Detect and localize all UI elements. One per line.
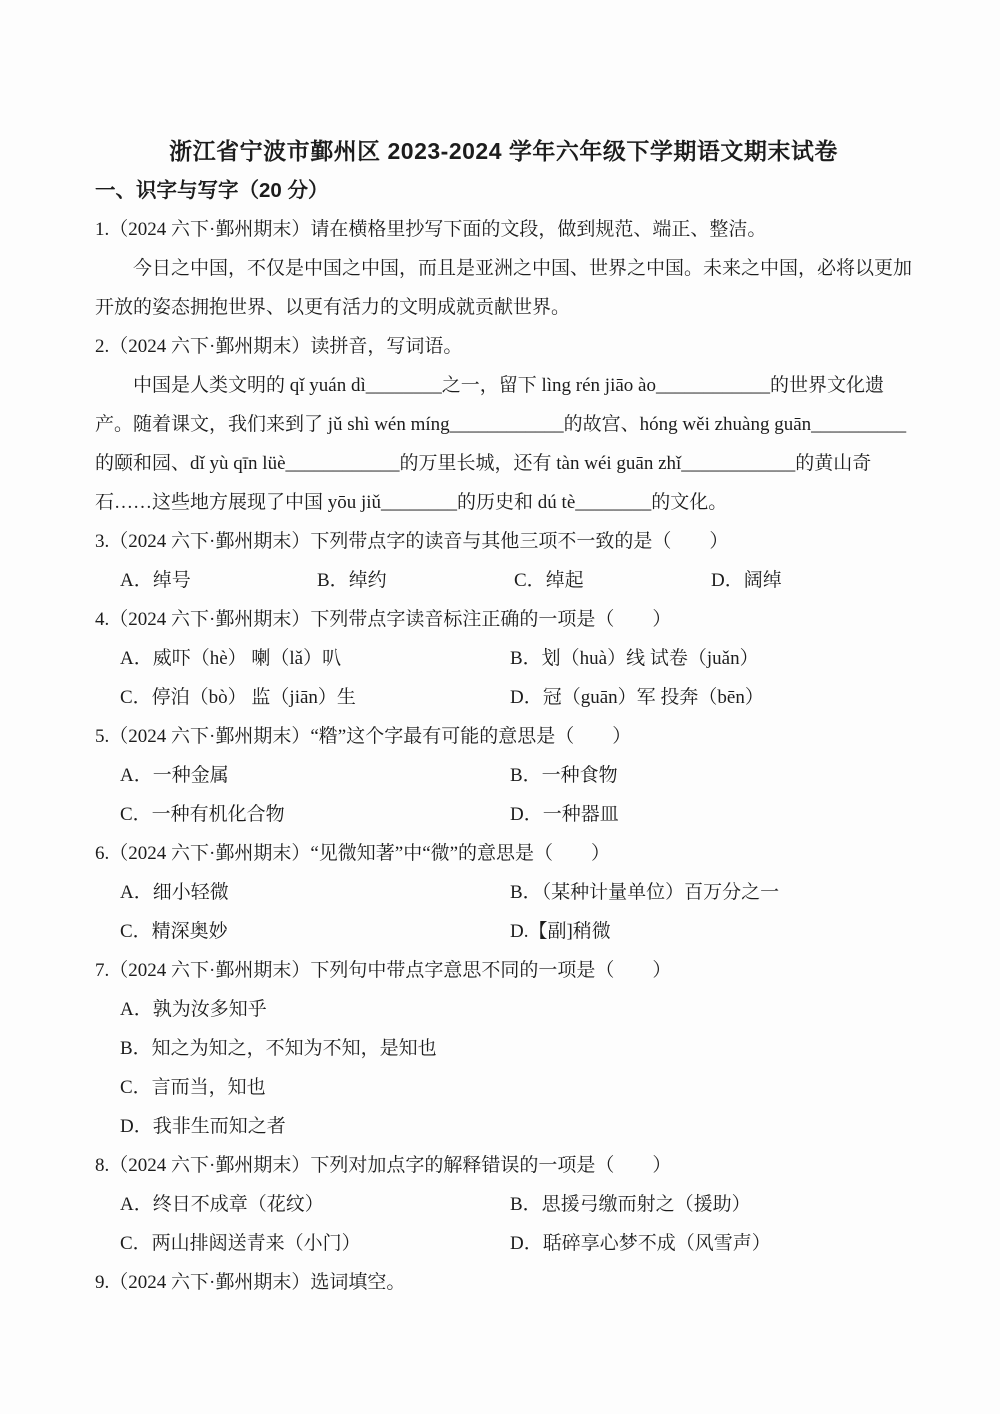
option-a: A．绰号 <box>120 561 317 600</box>
question-4-stem: 4.（2024 六下·鄞州期末）下列带点字读音标注正确的一项是（ ） <box>95 600 912 639</box>
question-3-stem: 3.（2024 六下·鄞州期末）下列带点字的读音与其他三项不一致的是（ ） <box>95 522 912 561</box>
option-c: C．言而当，知也 <box>95 1068 912 1107</box>
question-6-options-row-1: A．细小轻微 B．（某种计量单位）百万分之一 <box>95 873 912 912</box>
question-1: 1.（2024 六下·鄞州期末）请在横格里抄写下面的文段，做到规范、端正、整洁。… <box>95 210 912 327</box>
question-4-options-row-1: A．威吓（hè） 喇（lǎ）叭 B．划（huà）线 试卷（juǎn） <box>95 639 912 678</box>
option-b: B．（某种计量单位）百万分之一 <box>510 873 779 912</box>
option-c: C．绰起 <box>514 561 711 600</box>
question-2-passage-line-1: 中国是人类文明的 qǐ yuán dì________之一，留下 lìng ré… <box>95 366 912 405</box>
question-8-options-row-1: A．终日不成章（花纹） B．思援弓缴而射之（援助） <box>95 1185 912 1224</box>
question-6-options-row-2: C．精深奥妙 D.【副]稍微 <box>95 912 912 951</box>
page-title: 浙江省宁波市鄞州区 2023-2024 学年六年级下学期语文期末试卷 <box>95 132 912 171</box>
question-1-passage-line-2: 开放的姿态拥抱世界、以更有活力的文明成就贡献世界。 <box>95 288 912 327</box>
question-3-options-row: A．绰号 B．绰约 C．绰起 D．阔绰 <box>95 561 912 600</box>
question-5-options-row-2: C．一种有机化合物 D．一种器皿 <box>95 795 912 834</box>
option-a: A．一种金属 <box>120 756 510 795</box>
question-7-stem: 7.（2024 六下·鄞州期末）下列句中带点字意思不同的一项是（ ） <box>95 951 912 990</box>
question-5-stem: 5.（2024 六下·鄞州期末）“糌”这个字最有可能的意思是（ ） <box>95 717 912 756</box>
question-7: 7.（2024 六下·鄞州期末）下列句中带点字意思不同的一项是（ ） A．孰为汝… <box>95 951 912 1146</box>
question-2-stem: 2.（2024 六下·鄞州期末）读拼音，写词语。 <box>95 327 912 366</box>
option-b: B．思援弓缴而射之（援助） <box>510 1185 751 1224</box>
exam-paper-page: 浙江省宁波市鄞州区 2023-2024 学年六年级下学期语文期末试卷 一、识字与… <box>0 0 1000 1414</box>
option-b: B．一种食物 <box>510 756 618 795</box>
option-b: B．绰约 <box>317 561 514 600</box>
question-5: 5.（2024 六下·鄞州期末）“糌”这个字最有可能的意思是（ ） A．一种金属… <box>95 717 912 834</box>
question-8: 8.（2024 六下·鄞州期末）下列对加点字的解释错误的一项是（ ） A．终日不… <box>95 1146 912 1263</box>
option-d: D．聒碎享心梦不成（风雪声） <box>510 1224 771 1263</box>
question-2: 2.（2024 六下·鄞州期末）读拼音，写词语。 中国是人类文明的 qǐ yuá… <box>95 327 912 522</box>
question-8-stem: 8.（2024 六下·鄞州期末）下列对加点字的解释错误的一项是（ ） <box>95 1146 912 1185</box>
option-b: B．知之为知之，不知为不知，是知也 <box>95 1029 912 1068</box>
option-a: A．孰为汝多知乎 <box>95 990 912 1029</box>
option-d: D.【副]稍微 <box>510 912 611 951</box>
question-6: 6.（2024 六下·鄞州期末）“见微知著”中“微”的意思是（ ） A．细小轻微… <box>95 834 912 951</box>
question-9-stem: 9.（2024 六下·鄞州期末）选词填空。 <box>95 1263 912 1302</box>
question-4: 4.（2024 六下·鄞州期末）下列带点字读音标注正确的一项是（ ） A．威吓（… <box>95 600 912 717</box>
section-heading: 一、识字与写字（20 分） <box>95 171 912 210</box>
option-c: C．两山排闼送青来（小门） <box>120 1224 510 1263</box>
option-a: A．威吓（hè） 喇（lǎ）叭 <box>120 639 510 678</box>
question-2-passage-line-3: 的颐和园、dǐ yù qīn lüè____________的万里长城，还有 t… <box>95 444 912 483</box>
question-6-stem: 6.（2024 六下·鄞州期末）“见微知著”中“微”的意思是（ ） <box>95 834 912 873</box>
option-c: C．停泊（bò） 监（jiān）生 <box>120 678 510 717</box>
option-c: C．一种有机化合物 <box>120 795 510 834</box>
question-1-passage-line-1: 今日之中国，不仅是中国之中国，而且是亚洲之中国、世界之中国。未来之中国，必将以更… <box>95 249 912 288</box>
option-c: C．精深奥妙 <box>120 912 510 951</box>
option-d: D．冠（guān）军 投奔（bēn） <box>510 678 764 717</box>
question-4-options-row-2: C．停泊（bò） 监（jiān）生 D．冠（guān）军 投奔（bēn） <box>95 678 912 717</box>
question-3: 3.（2024 六下·鄞州期末）下列带点字的读音与其他三项不一致的是（ ） A．… <box>95 522 912 600</box>
question-2-passage-line-4: 石……这些地方展现了中国 yōu jiǔ________的历史和 dú tè__… <box>95 483 912 522</box>
option-a: A．终日不成章（花纹） <box>120 1185 510 1224</box>
option-d: D．我非生而知之者 <box>95 1107 912 1146</box>
question-8-options-row-2: C．两山排闼送青来（小门） D．聒碎享心梦不成（风雪声） <box>95 1224 912 1263</box>
option-d: D．阔绰 <box>711 561 782 600</box>
question-2-passage-line-2: 产。随着课文，我们来到了 jǔ shì wén míng____________… <box>95 405 912 444</box>
option-d: D．一种器皿 <box>510 795 619 834</box>
option-a: A．细小轻微 <box>120 873 510 912</box>
question-9: 9.（2024 六下·鄞州期末）选词填空。 <box>95 1263 912 1302</box>
option-b: B．划（huà）线 试卷（juǎn） <box>510 639 759 678</box>
question-5-options-row-1: A．一种金属 B．一种食物 <box>95 756 912 795</box>
question-1-stem: 1.（2024 六下·鄞州期末）请在横格里抄写下面的文段，做到规范、端正、整洁。 <box>95 210 912 249</box>
